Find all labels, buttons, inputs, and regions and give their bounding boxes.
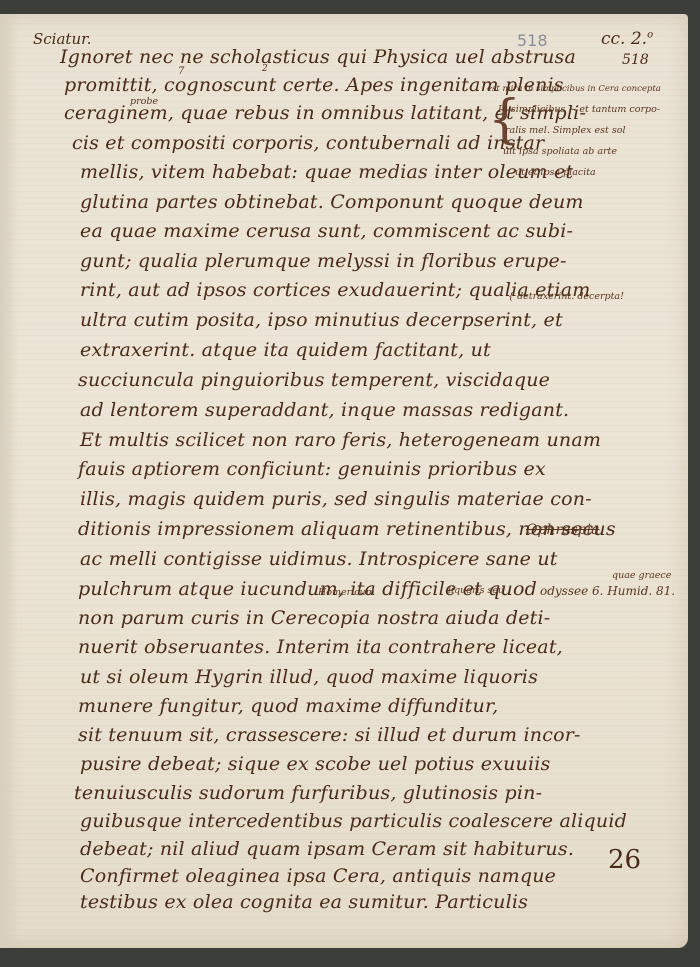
text-line: extraxerint. atque ita quidem factitant,… [80, 341, 491, 360]
text-line: guibusque intercedentibus particulis coa… [80, 812, 627, 831]
text-line: ea quae maxime cerusa sunt, commiscent a… [80, 222, 573, 241]
margin-note-line: ralis mel. Simplex est sol [505, 125, 626, 136]
text-line: tenuiusculis sudorum furfuribus, glutino… [74, 784, 542, 803]
text-line: Confirmet oleaginea ipsa Cera, antiquis … [80, 867, 556, 886]
text-line: mellis, vitem habebat: quae medias inter… [80, 163, 573, 182]
interlinear-insertion: liquoris seu [448, 585, 504, 596]
text-line: illis, magis quidem puris, sed singulis … [80, 490, 592, 509]
text-line: ultra cutim posita, ipso minutius decerp… [80, 311, 563, 330]
margin-note-line: In simplicibus ~ et tantum corpo- [498, 104, 660, 115]
text-line: cis et compositi corporis, contubernali … [72, 134, 544, 153]
brace-icon: { [488, 94, 521, 146]
page-number: 26 [608, 845, 641, 875]
margin-note-reference: odyssee 6. Humid. 81. [540, 584, 675, 598]
text-line: Ignoret nec ne scholasticus qui Physica … [60, 48, 576, 67]
text-line: sit tenuum sit, crassescere: si illud et… [78, 726, 581, 745]
text-line: ut si oleum Hygrin illud, quod maxime li… [80, 668, 538, 687]
text-line: ad lentorem superaddant, inque massas re… [80, 401, 569, 420]
interlinear-insertion: Homericum [318, 587, 375, 598]
text-line: pusire debeat; sique ex scobe uel potius… [80, 755, 550, 774]
text-line: Et multis scilicet non raro feris, heter… [80, 431, 601, 450]
interlinear-insertion: probe [130, 96, 158, 107]
ink-folio-text: cc. 2. [601, 29, 647, 49]
interlinear-mark: 7 [178, 66, 184, 77]
text-line: glutina partes obtinebat. Componunt quoq… [80, 193, 584, 212]
text-line: non parum curis in Cerecopia nostra aiud… [78, 609, 550, 628]
margin-note-struck: Ophraspia [526, 522, 599, 538]
ink-folio-number: 518 [622, 52, 649, 68]
text-line: succiuncula pinguioribus temperent, visc… [78, 371, 550, 390]
margin-note-line: ut et ipsa placita [515, 167, 596, 178]
text-line: gunt; qualia plerumque melyssi in florib… [80, 252, 567, 271]
margin-note-superscript: quae graece [612, 570, 671, 581]
margin-note-detraxerint: { detraxerint. decerpta! [508, 291, 624, 302]
text-line: munere fungitur, quod maxime diffunditur… [78, 697, 498, 716]
ink-folio-mark: cc. 2.o [601, 29, 653, 49]
text-line: fauis aptiorem conficiunt: genuinis prio… [78, 460, 546, 479]
ink-folio-superscript: o [647, 29, 653, 40]
text-line: debeat; nil aliud quam ipsam Ceram sit h… [80, 840, 574, 859]
text-line: testibus ex olea cognita ea sumitur. Par… [80, 893, 528, 912]
margin-note-line: uit ipsa spoliata ab arte [503, 146, 617, 157]
page-gutter-shadow [0, 14, 18, 948]
text-line: nuerit obseruantes. Interim ita contrahe… [78, 638, 563, 657]
interlinear-mark: 2 [262, 64, 268, 74]
text-line: ac melli contigisse uidimus. Introspicer… [80, 550, 558, 569]
